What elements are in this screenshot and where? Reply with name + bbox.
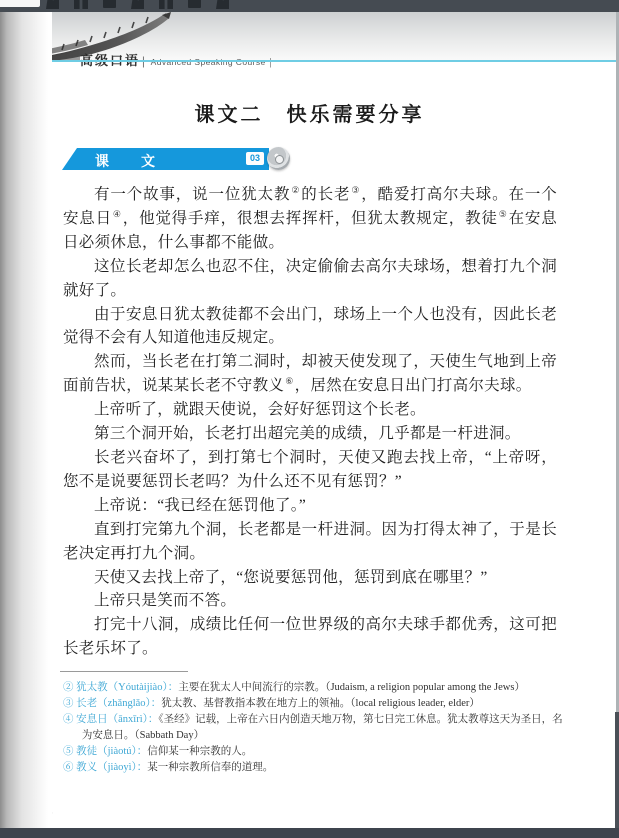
paragraph: 然而，当长老在打第二洞时，却被天使发现了，天使生气地到上帝面前告状，说某某长老不… bbox=[63, 350, 557, 398]
footnote-item: ⑤ 教徒（jiàotú）：信仰某一种宗教的人。 bbox=[63, 744, 563, 760]
paragraph: 打完十八洞，成绩比任何一位世界级的高尔夫球手都优秀，这可把长老乐坏了。 bbox=[63, 613, 557, 661]
page-header: 高级口语|Advanced Speaking Course| bbox=[0, 12, 619, 62]
book-spine-shadow bbox=[0, 12, 52, 828]
partial-icon-2[interactable] bbox=[74, 0, 88, 9]
paragraph: 天使又去找上帝了，“您说要惩罚他，惩罚到底在哪里？” bbox=[63, 566, 557, 590]
header-cyan-rule bbox=[0, 60, 619, 62]
paragraph: 第三个洞开始，长老打出超完美的成绩，几乎都是一杆进洞。 bbox=[63, 422, 557, 446]
footnote-term: ④ 安息日（ānxīrì）： bbox=[63, 714, 158, 725]
paragraph: 这位长老却怎么也忍不住，决定偷偷去高尔夫球场，想着打九个洞就好了。 bbox=[63, 255, 557, 303]
footnote-ref: ⑥ bbox=[285, 376, 293, 386]
paragraph: 有一个故事，说一位犹太教②的长老③，酷爱打高尔夫球。在一个安息日④，他觉得手痒，… bbox=[63, 183, 557, 255]
section-label: 课 文 bbox=[95, 151, 164, 171]
footnote-item: ⑥ 教义（jiàoyì）：某一种宗教所信奉的道理。 bbox=[63, 760, 563, 776]
partial-icon-3[interactable] bbox=[103, 0, 116, 8]
paragraph: 上帝听了，就跟天使说，会好好惩罚这个长老。 bbox=[63, 398, 557, 422]
footnote-term: ③ 长老（zhǎnglǎo）： bbox=[63, 698, 161, 709]
lesson-title: 课文二 快乐需要分享 bbox=[0, 98, 619, 127]
partial-icon-6[interactable] bbox=[188, 0, 201, 8]
partial-icon-5[interactable] bbox=[159, 0, 173, 9]
partial-icon-7[interactable] bbox=[216, 0, 229, 9]
bottom-bar bbox=[0, 828, 619, 838]
paragraph: 长老兴奋坏了，到打第七个洞时，天使又跑去找上帝，“上帝呀，您不是说要惩罚长老吗？… bbox=[63, 446, 557, 494]
lesson-text: 有一个故事，说一位犹太教②的长老③，酷爱打高尔夫球。在一个安息日④，他觉得手痒，… bbox=[63, 183, 557, 661]
footnote-definition: 某一种宗教所信奉的道理。 bbox=[147, 762, 273, 773]
screen: 高级口语|Advanced Speaking Course| 课文二 快乐需要分… bbox=[0, 0, 619, 838]
footnote-definition: 主要在犹太人中间流行的宗教。（Judaism, a religion popul… bbox=[178, 682, 525, 693]
viewer-toolbar bbox=[0, 0, 619, 12]
paragraph: 上帝只是笑而不答。 bbox=[63, 589, 557, 613]
book-page: 高级口语|Advanced Speaking Course| 课文二 快乐需要分… bbox=[0, 12, 619, 828]
footnote-term: ⑤ 教徒（jiàotú）： bbox=[63, 746, 147, 757]
section-banner: 课 文 03 bbox=[62, 148, 269, 170]
footnote-item: ② 犹太教（Yóutàijiào）：主要在犹太人中间流行的宗教。（Judaism… bbox=[63, 680, 563, 696]
partial-icon-4[interactable] bbox=[131, 0, 144, 9]
paragraph: 由于安息日犹太教徒都不会出门，球场上一个人也没有，因此长老觉得不会有人知道他违反… bbox=[63, 303, 557, 351]
page-right-edge-dark bbox=[615, 712, 619, 828]
partial-icon-1[interactable] bbox=[46, 0, 59, 9]
footnote-definition: 犹太教、基督教指本教在地方上的领袖。（local religious leade… bbox=[161, 698, 480, 709]
footnote-ref: ② bbox=[291, 185, 300, 195]
footnote-ref: ④ bbox=[113, 209, 122, 219]
audio-track-badge: 03 bbox=[246, 152, 264, 165]
book-subtitle: Advanced Speaking Course bbox=[151, 57, 266, 67]
footnote-term: ⑥ 教义（jiàoyì）： bbox=[63, 762, 147, 773]
paragraph: 直到打完第九个洞，长老都是一杆进洞。因为打得太神了，于是长老决定再打九个洞。 bbox=[63, 518, 557, 566]
cd-disc-icon bbox=[267, 147, 290, 170]
footnotes: ② 犹太教（Yóutàijiào）：主要在犹太人中间流行的宗教。（Judaism… bbox=[63, 680, 563, 775]
subtitle-divider: | bbox=[270, 57, 272, 68]
footnote-ref: ③ bbox=[351, 185, 360, 195]
footnote-item: ③ 长老（zhǎnglǎo）：犹太教、基督教指本教在地方上的领袖。（local … bbox=[63, 696, 563, 712]
footnote-definition: 信仰某一种宗教的人。 bbox=[147, 746, 252, 757]
toolbar-white-chip bbox=[0, 0, 40, 7]
footnote-divider bbox=[60, 671, 188, 672]
footnote-ref: ⑤ bbox=[499, 209, 508, 219]
toolbar-icons bbox=[46, 0, 229, 12]
footnote-item: ④ 安息日（ānxīrì）：《圣经》记载，上帝在六日内创造天地万物，第七日完工休… bbox=[63, 712, 563, 744]
page-number: 4 bbox=[46, 806, 52, 818]
footnote-term: ② 犹太教（Yóutàijiào）： bbox=[63, 682, 178, 693]
paragraph: 上帝说：“我已经在惩罚他了。” bbox=[63, 494, 557, 518]
